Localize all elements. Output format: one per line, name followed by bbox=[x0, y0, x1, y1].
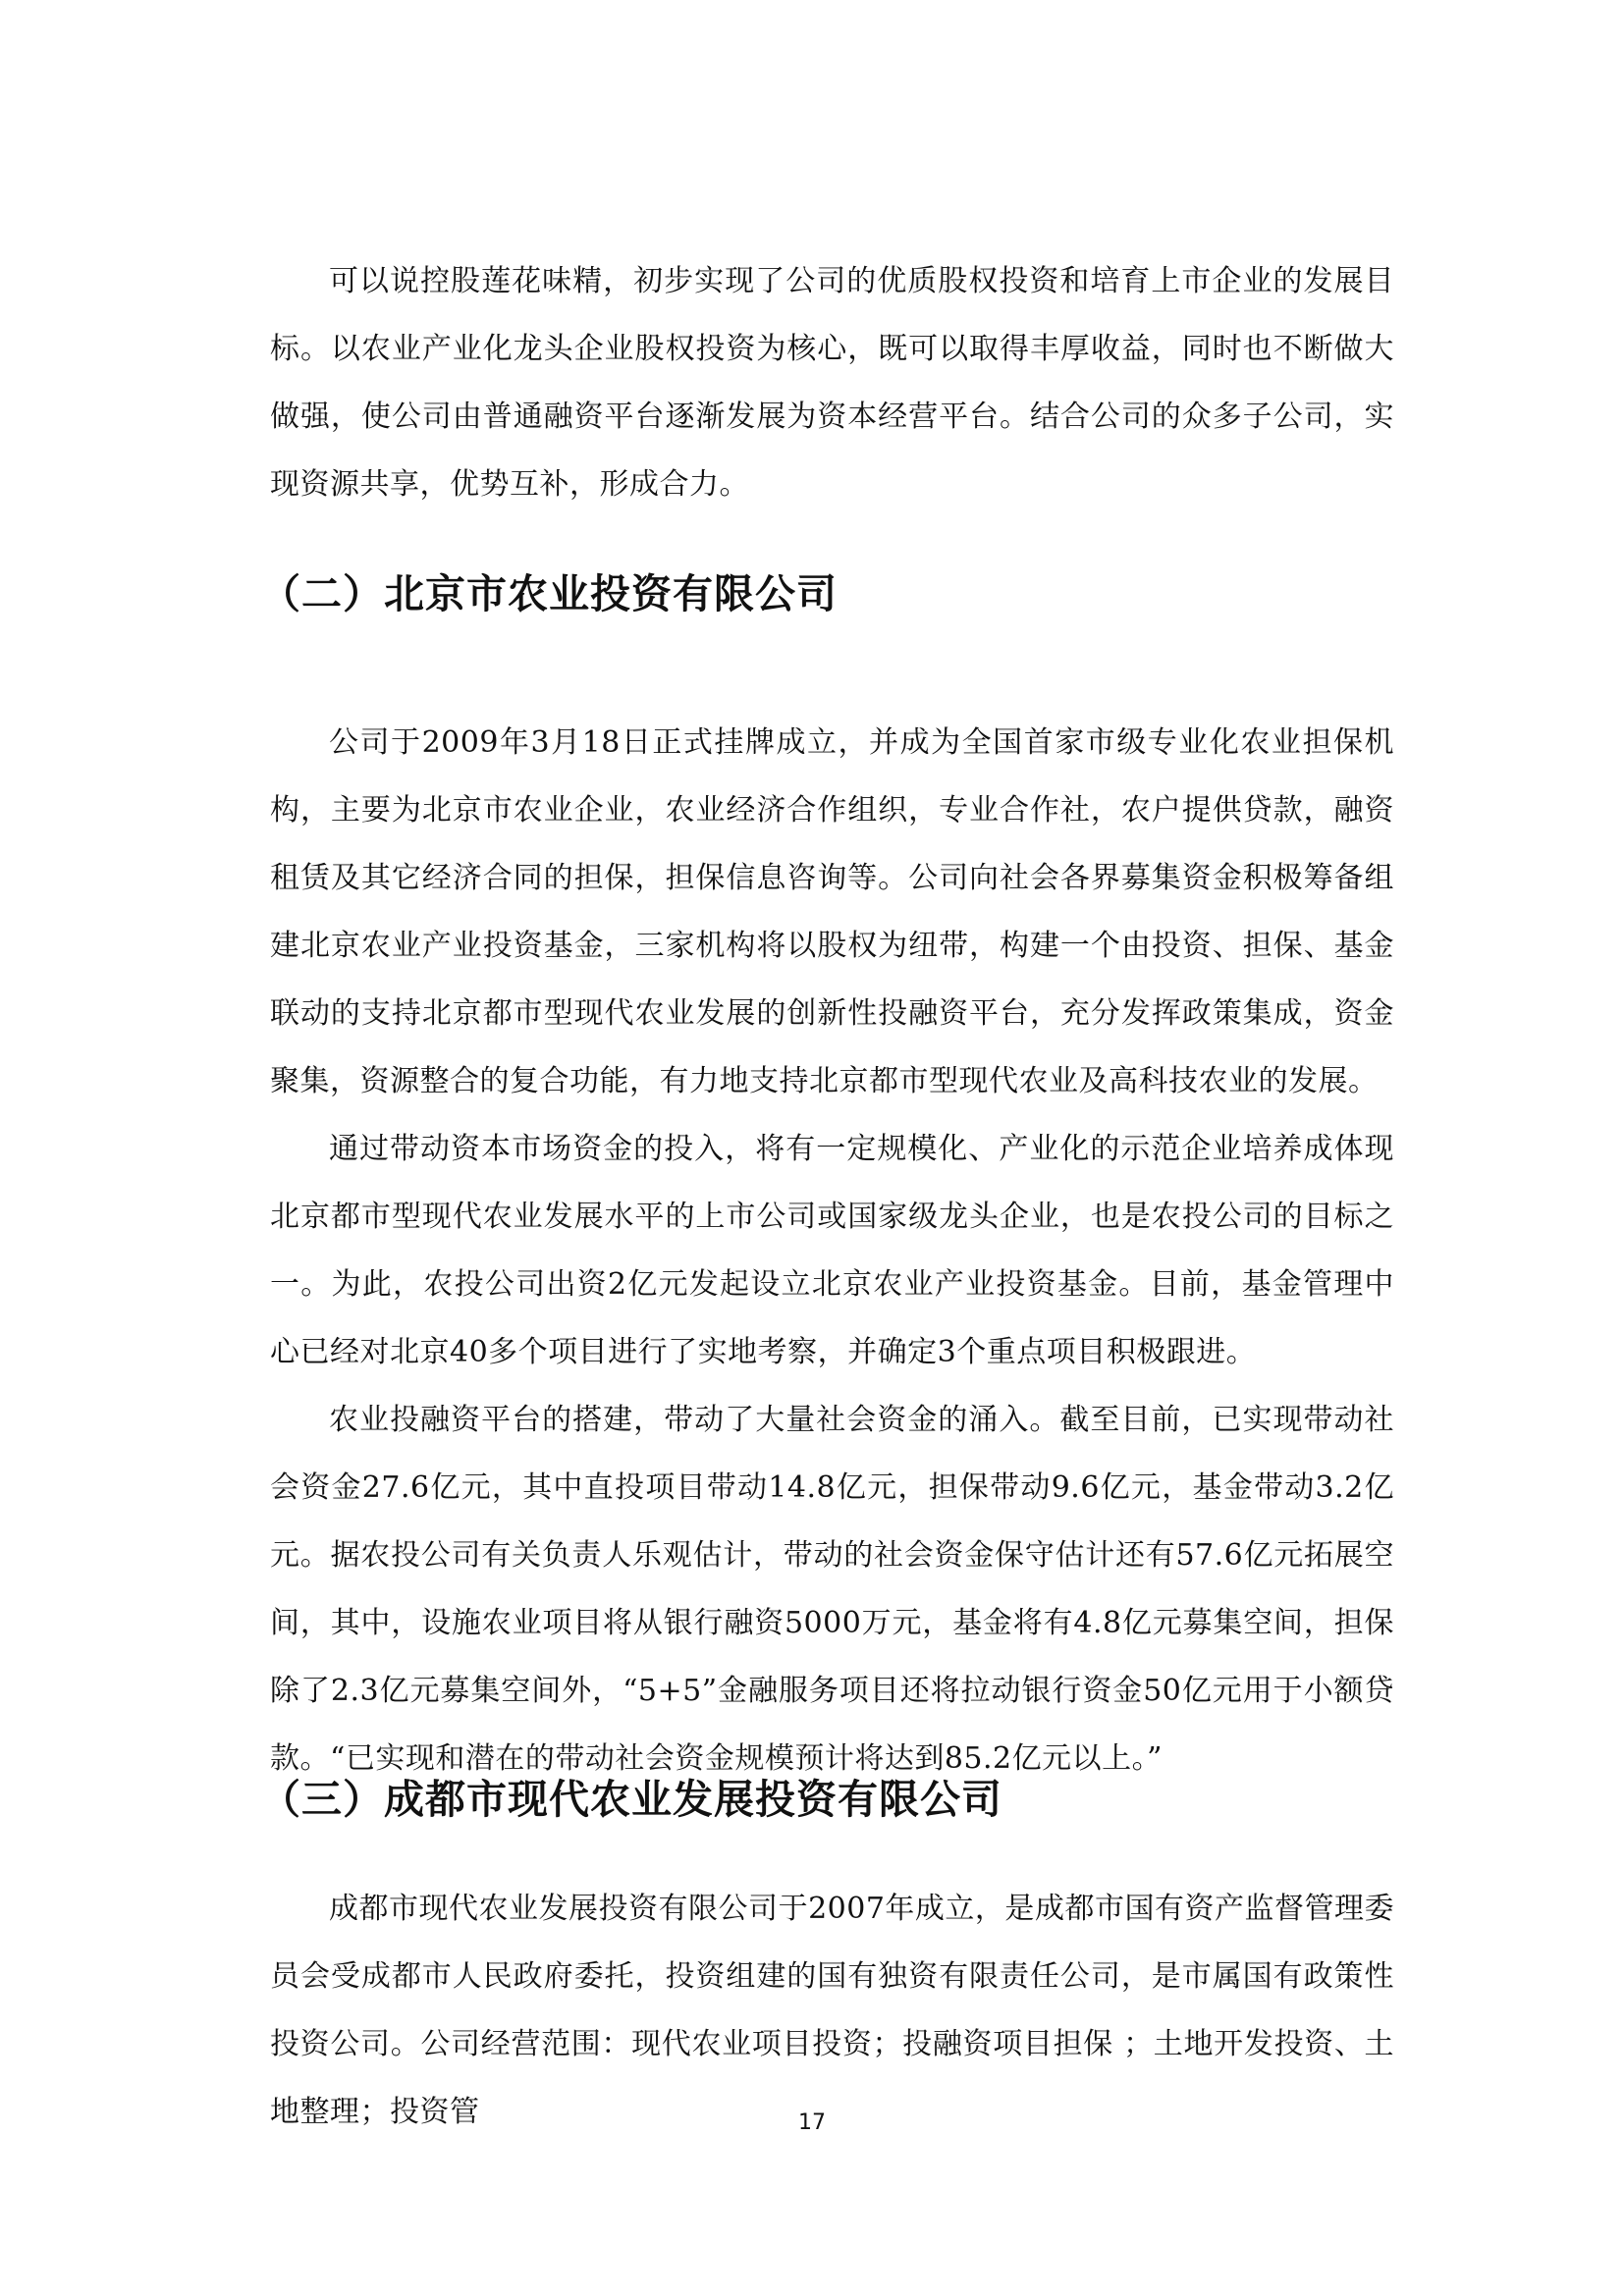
paragraph-beijing-2: 通过带动资本市场资金的投入，将有一定规模化、产业化的示范企业培养成体现北京都市型… bbox=[270, 1115, 1394, 1386]
paragraph-beijing-3: 农业投融资平台的搭建，带动了大量社会资金的涌入。截至目前，已实现带动社会资金27… bbox=[270, 1386, 1394, 1792]
page-number: 17 bbox=[0, 2110, 1624, 2135]
paragraph-intro: 可以说控股莲花味精，初步实现了公司的优质股权投资和培育上市企业的发展目标。以农业… bbox=[270, 247, 1394, 518]
section-heading-beijing: （二）北京市农业投资有限公司 bbox=[260, 561, 838, 619]
document-page: 可以说控股莲花味精，初步实现了公司的优质股权投资和培育上市企业的发展目标。以农业… bbox=[0, 0, 1624, 2296]
section-heading-chengdu: （三）成都市现代农业发展投资有限公司 bbox=[260, 1767, 1002, 1825]
paragraph-beijing-1: 公司于2009年3月18日正式挂牌成立，并成为全国首家市级专业化农业担保机构，主… bbox=[270, 709, 1394, 1115]
paragraph-chengdu-1: 成都市现代农业发展投资有限公司于2007年成立，是成都市国有资产监督管理委员会受… bbox=[270, 1875, 1394, 2146]
